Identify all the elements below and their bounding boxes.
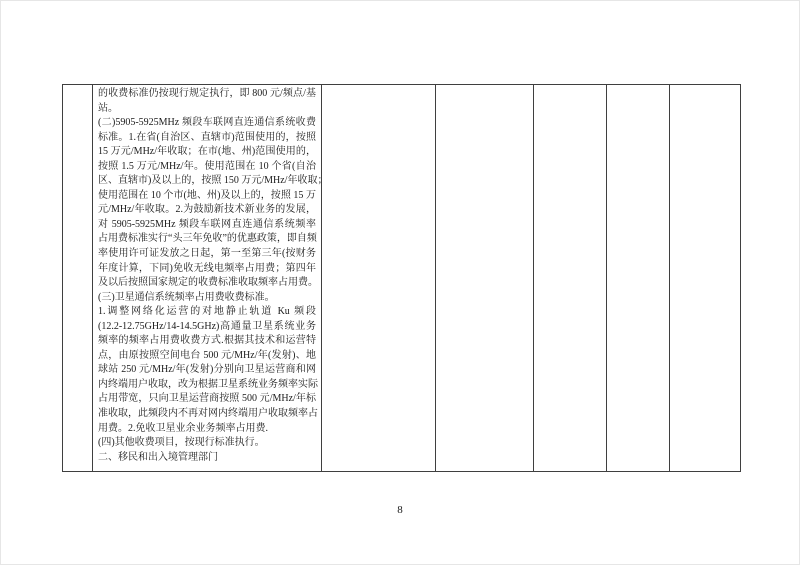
text-line: 率使用许可证发放之日起，第一至第三年(按财务 [98,247,316,262]
text-line: 的收费标准仍按现行规定执行，即 800 元/频点/基 [98,87,316,102]
text-line: (三)卫星通信系统频率占用费收费标准。 [98,291,316,306]
table-cell-blank-1 [322,85,436,471]
text-line: 按照 1.5 万元/MHz/年。使用范围在 10 个省(自治 [98,160,316,175]
table-cell-blank-5 [670,85,739,471]
text-line: 占用带宽，只向卫星运营商按照 500 元/MHz/年标 [98,392,316,407]
text-line: 使用范围在 10 个市(地、州)及以上的，按照 15 万 [98,189,316,204]
text-line: 区、直辖市)及以上的，按照 150 万元/MHz/年收取； [98,174,316,189]
table-cell-blank-4 [607,85,670,471]
text-line: 元/MHz/年收取。2.为鼓励新技术新业务的发展， [98,203,316,218]
text-line: 站。 [98,102,316,117]
text-line: 15 万元/MHz/年收取；在市(地、州)范围使用的， [98,145,316,160]
text-line: (12.2-12.75GHz/14-14.5GHz)高通量卫星系统业务 [98,320,316,335]
text-line: (二)5905-5925MHz 频段车联网直连通信系统收费 [98,116,316,131]
document-page: 的收费标准仍按现行规定执行，即 800 元/频点/基站。(二)5905-5925… [0,0,800,565]
text-line: 球站 250 元/MHz/年(发射)分别向卫星运营商和网 [98,363,316,378]
text-line: 二、移民和出入境管理部门 [98,451,316,466]
text-line: 及以后按照国家规定的收费标准收取频率占用费。 [98,276,316,291]
text-line: 对 5905-5925MHz 频段车联网直连通信系统频率 [98,218,316,233]
table-cell-gutter [63,85,93,471]
text-line: (四)其他收费项目，按现行标准执行。 [98,436,316,451]
text-line: 标准。1.在省(自治区、直辖市)范围使用的，按照 [98,131,316,146]
text-line: 年度计算，下同)免收无线电频率占用费；第四年 [98,262,316,277]
text-line: 准收取，此频段内不再对网内终端用户收取频率占 [98,407,316,422]
table-cell-fee-description: 的收费标准仍按现行规定执行，即 800 元/频点/基站。(二)5905-5925… [93,85,322,471]
text-line: 1.调整网络化运营的对地静止轨道 Ku 频段 [98,305,316,320]
text-line: 频率的频率占用费收费方式.根据其技术和运营特 [98,334,316,349]
table-cell-blank-3 [534,85,607,471]
text-line: 内终端用户收取，改为根据卫星系统业务频率实际 [98,378,316,393]
text-line: 点，由原按照空间电台 500 元/MHz/年(发射)、地 [98,349,316,364]
fee-standards-table: 的收费标准仍按现行规定执行，即 800 元/频点/基站。(二)5905-5925… [62,84,741,472]
text-line: 占用费标准实行“头三年免收”的优惠政策，即自频 [98,232,316,247]
table-cell-blank-2 [436,85,534,471]
page-number: 8 [0,504,800,516]
text-line: 用费。2.免收卫星业余业务频率占用费. [98,422,316,437]
